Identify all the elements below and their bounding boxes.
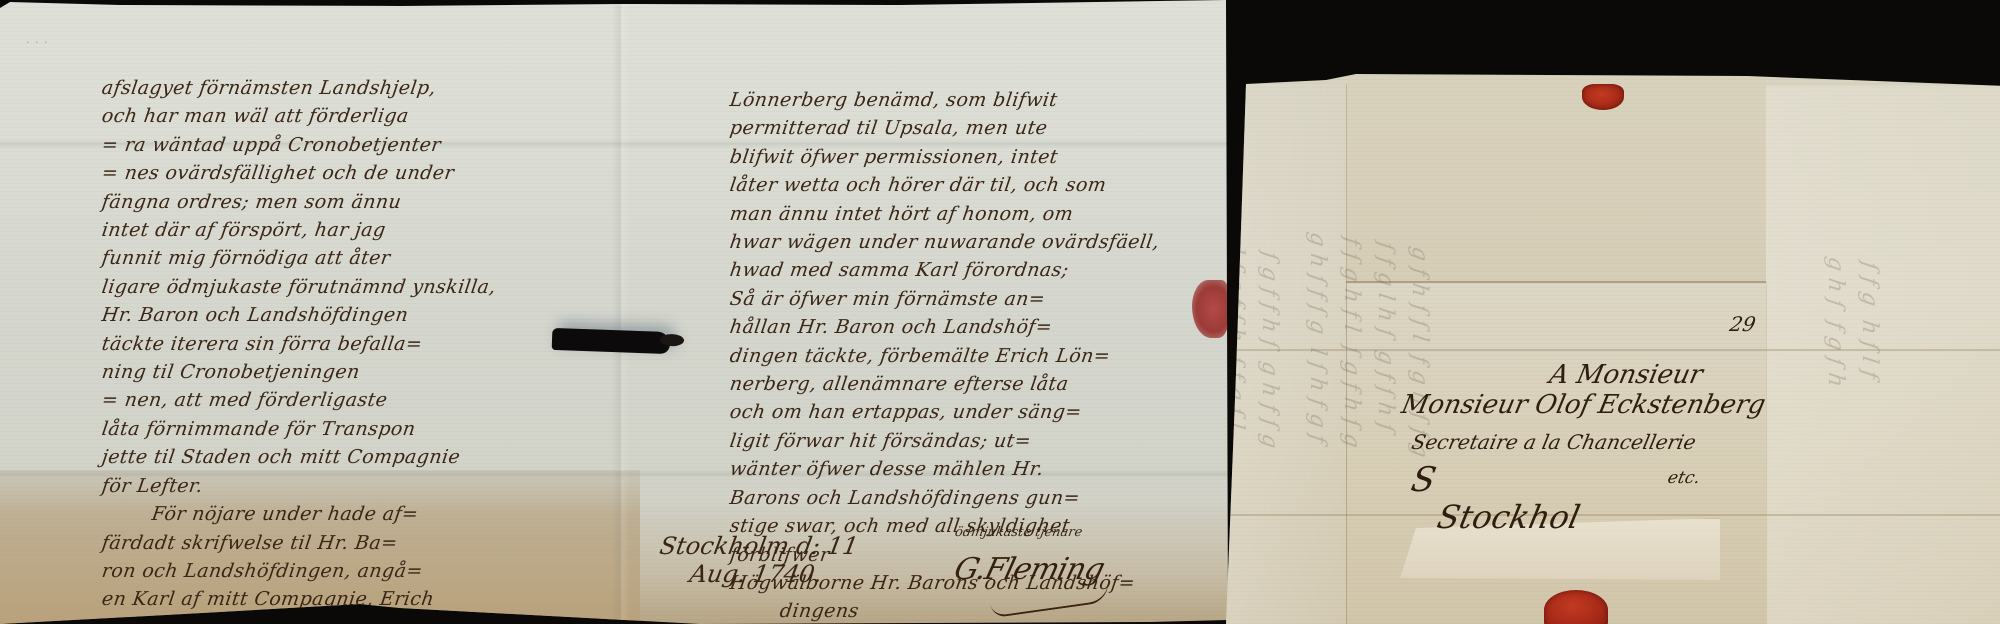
text-line: en Karl af mitt Compagnie, Erich (100, 585, 498, 613)
text-line: funnit mig förnödiga att åter (100, 244, 498, 272)
text-line: = nes ovärdsfällighet och de under (100, 159, 498, 187)
text-line: Så är öfwer min förnämste an= (728, 285, 1161, 313)
text-line: blifwit öfwer permissionen, intet (728, 143, 1161, 171)
docket-number: 29 (1728, 312, 1758, 336)
address-city: Stockhol (1434, 498, 1584, 536)
top-wax-seal (1582, 84, 1624, 110)
closing-place: Stockholm d: 11 (658, 532, 861, 560)
text-line: täckte iterera sin förra befalla= (100, 330, 498, 358)
text-line: = ra wäntad uppå Cronobetjenter (100, 131, 498, 159)
text-line: ning til Cronobetjeningen (100, 358, 498, 386)
text-line: wänter öfwer desse mählen Hr. (728, 455, 1161, 483)
text-line: intet där af förspört, har jag (100, 216, 498, 244)
cover-fold (1226, 514, 2000, 516)
pencil-mark: · · · (26, 36, 48, 49)
address-recipient: Monsieur Olof Eckstenberg (1399, 390, 1768, 420)
text-line: för Lefter. (100, 472, 498, 500)
text-line: och om han ertappas, under säng= (728, 398, 1161, 426)
address-abbreviation: etc. (1666, 468, 1702, 488)
text-line: och har man wäl att förderliga (100, 102, 498, 130)
text-line: Hr. Baron och Landshöfdingen (100, 301, 498, 329)
document-scene: · · · afslagyet förnämsten Landshjelp, o… (0, 0, 2000, 624)
signature: G.Fleming (951, 552, 1108, 587)
address-title: Secretaire a la Chancellerie (1409, 430, 1698, 454)
closing-formula: ödmjukaste tjenare (954, 525, 1084, 540)
red-wax-stain (1192, 280, 1228, 338)
bleed-through-text: ſ f g h ſ l f g h ſ f g ſ h (1818, 254, 1886, 393)
text-line: afslagyet förnämsten Landshjelp, (100, 74, 498, 102)
ink-blot (552, 328, 671, 354)
text-line: ron och Landshöfdingen, angå= (100, 557, 498, 585)
closing-date: Aug. 1740. (688, 560, 825, 588)
address-salutation: A Monsieur (1547, 360, 1706, 390)
text-line: = nen, att med förderligaste (100, 386, 498, 414)
text-line: För nöjare under hade af= (100, 500, 498, 528)
text-line: Lönnerberg benämd, som blifwit (728, 86, 1161, 114)
bottom-wax-seal (1544, 590, 1608, 624)
text-line: hwar wägen under nuwarande ovärdsfäell, (728, 228, 1161, 256)
text-line: färdadt skrifwelse til Hr. Ba= (100, 529, 498, 557)
text-line: Barons och Landshöfdingens gun= (728, 484, 1161, 512)
text-line: hwad med samma Karl förordnas; (728, 256, 1161, 284)
bleed-through-text: ſ g f f h ſ g h f ſ g l ſ g f ſ h ſ f g … (1218, 244, 1286, 450)
bleed-through-text: g f h ſ ſ l f g h ſ f g ſ f g l h ſ g f … (1300, 230, 1436, 460)
text-line: fängna ordres; men som ännu (100, 188, 498, 216)
text-line: ligare ödmjukaste förutnämnd ynskilla, (100, 273, 498, 301)
text-line: jette til Staden och mitt Compagnie (100, 443, 498, 471)
text-line: dingen täckte, förbemälte Erich Lön= (728, 342, 1161, 370)
handwritten-text-left: afslagyet förnämsten Landshjelp, och har… (100, 74, 494, 614)
letter-page-right: Lönnerberg benämd, som blifwit permitter… (628, 0, 1228, 624)
text-line: ligit förwar hit försändas; ut= (728, 427, 1161, 455)
text-line: nerberg, allenämnare efterse låta (728, 370, 1161, 398)
letter-page-left: · · · afslagyet förnämsten Landshjelp, o… (0, 0, 620, 624)
text-line: man ännu intet hört af honom, om (728, 200, 1161, 228)
text-line: låta förnimmande för Transpon (100, 415, 498, 443)
text-line: låter wetta och hörer där til, och som (728, 171, 1161, 199)
text-line: permitterad til Upsala, men ute (728, 114, 1161, 142)
text-line: hållan Hr. Baron och Landshöf= (728, 313, 1161, 341)
